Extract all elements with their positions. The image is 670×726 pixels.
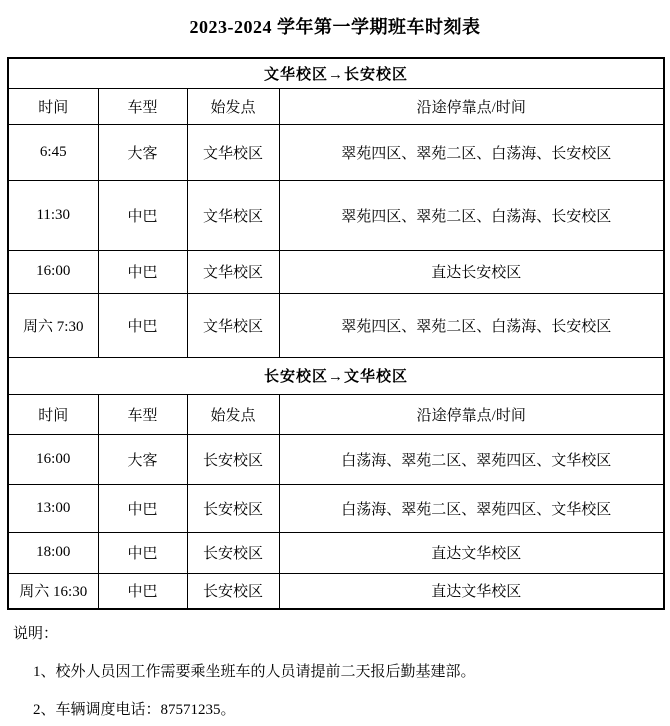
table-row: 周六 7:30 中巴 文华校区 翠苑四区、翠苑二区、白荡海、长安校区: [8, 293, 664, 357]
cell-origin: 长安校区: [187, 532, 279, 573]
section-header-row: 长安校区→文华校区: [8, 357, 664, 394]
cell-time: 16:00: [8, 250, 98, 293]
document-page: 2023-2024 学年第一学期班车时刻表 文华校区→长安校区 时间 车型 始发…: [0, 0, 670, 726]
note-item-2: 2、车辆调度电话：87571235。: [33, 698, 670, 719]
cell-stops: 翠苑四区、翠苑二区、白荡海、长安校区: [279, 293, 664, 357]
cell-vehicle: 中巴: [98, 293, 187, 357]
table-row: 13:00 中巴 长安校区 白荡海、翠苑二区、翠苑四区、文华校区: [8, 484, 664, 532]
cell-vehicle: 中巴: [98, 484, 187, 532]
cell-time: 11:30: [8, 180, 98, 250]
cell-origin: 文华校区: [187, 124, 279, 180]
cell-stops: 白荡海、翠苑二区、翠苑四区、文华校区: [279, 434, 664, 484]
table-row: 18:00 中巴 长安校区 直达文华校区: [8, 532, 664, 573]
cell-origin: 长安校区: [187, 484, 279, 532]
note-item-1: 1、校外人员因工作需要乘坐班车的人员请提前二天报后勤基建部。: [33, 660, 670, 681]
cell-stops: 翠苑四区、翠苑二区、白荡海、长安校区: [279, 124, 664, 180]
column-header-vehicle: 车型: [98, 394, 187, 434]
section-header-row: 文华校区→长安校区: [8, 58, 664, 88]
table-row: 6:45 大客 文华校区 翠苑四区、翠苑二区、白荡海、长安校区: [8, 124, 664, 180]
column-header-origin: 始发点: [187, 394, 279, 434]
cell-stops: 白荡海、翠苑二区、翠苑四区、文华校区: [279, 484, 664, 532]
cell-vehicle: 中巴: [98, 250, 187, 293]
column-header-time: 时间: [8, 394, 98, 434]
column-header-time: 时间: [8, 88, 98, 124]
table-row: 16:00 中巴 文华校区 直达长安校区: [8, 250, 664, 293]
cell-vehicle: 中巴: [98, 573, 187, 609]
cell-origin: 文华校区: [187, 180, 279, 250]
cell-time: 6:45: [8, 124, 98, 180]
column-header-row: 时间 车型 始发点 沿途停靠点/时间: [8, 394, 664, 434]
column-header-stops: 沿途停靠点/时间: [279, 394, 664, 434]
cell-origin: 文华校区: [187, 250, 279, 293]
column-header-stops: 沿途停靠点/时间: [279, 88, 664, 124]
column-header-vehicle: 车型: [98, 88, 187, 124]
cell-vehicle: 大客: [98, 434, 187, 484]
cell-stops: 翠苑四区、翠苑二区、白荡海、长安校区: [279, 180, 664, 250]
section-header-changan-to-wenhua: 长安校区→文华校区: [8, 357, 664, 394]
cell-origin: 文华校区: [187, 293, 279, 357]
notes-label: 说明：: [13, 622, 670, 643]
column-header-origin: 始发点: [187, 88, 279, 124]
table-row: 周六 16:30 中巴 长安校区 直达文华校区: [8, 573, 664, 609]
cell-time: 13:00: [8, 484, 98, 532]
cell-origin: 长安校区: [187, 573, 279, 609]
column-header-row: 时间 车型 始发点 沿途停靠点/时间: [8, 88, 664, 124]
table-row: 11:30 中巴 文华校区 翠苑四区、翠苑二区、白荡海、长安校区: [8, 180, 664, 250]
cell-vehicle: 大客: [98, 124, 187, 180]
cell-time: 周六 16:30: [8, 573, 98, 609]
page-title: 2023-2024 学年第一学期班车时刻表: [0, 0, 670, 39]
cell-stops: 直达文华校区: [279, 532, 664, 573]
cell-origin: 长安校区: [187, 434, 279, 484]
cell-time: 周六 7:30: [8, 293, 98, 357]
cell-vehicle: 中巴: [98, 532, 187, 573]
table-row: 16:00 大客 长安校区 白荡海、翠苑二区、翠苑四区、文华校区: [8, 434, 664, 484]
bus-schedule-table: 文华校区→长安校区 时间 车型 始发点 沿途停靠点/时间 6:45 大客 文华校…: [7, 57, 665, 610]
cell-vehicle: 中巴: [98, 180, 187, 250]
cell-time: 16:00: [8, 434, 98, 484]
cell-time: 18:00: [8, 532, 98, 573]
cell-stops: 直达文华校区: [279, 573, 664, 609]
section-header-wenhua-to-changan: 文华校区→长安校区: [8, 58, 664, 88]
cell-stops: 直达长安校区: [279, 250, 664, 293]
notes-section: 说明： 1、校外人员因工作需要乘坐班车的人员请提前二天报后勤基建部。 2、车辆调…: [0, 622, 670, 719]
